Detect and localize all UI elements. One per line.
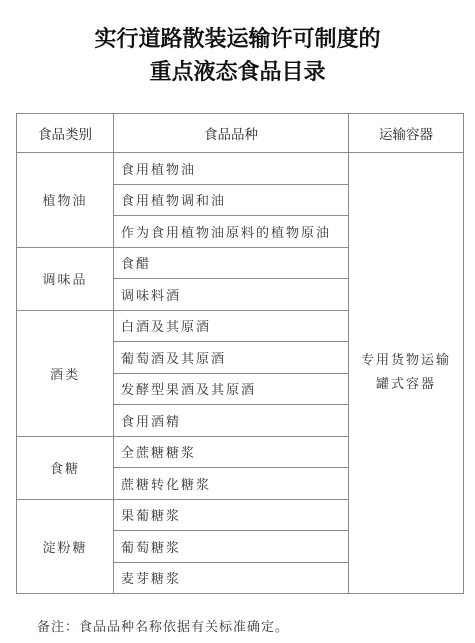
item-cell: 发酵型果酒及其原酒 [114,373,349,405]
item-cell: 葡萄糖浆 [114,531,349,563]
category-cell: 酒类 [17,310,114,436]
header-container: 运输容器 [349,114,464,153]
item-cell: 作为食用植物油原料的植物原油 [114,216,349,248]
category-cell: 淀粉糖 [17,499,114,594]
item-cell: 麦芽糖浆 [114,562,349,594]
container-cell: 专用货物运输 罐式容器 [349,153,464,594]
container-line-1: 专用货物运输 [349,349,463,373]
item-cell: 葡萄酒及其原酒 [114,342,349,374]
item-cell: 调味料酒 [114,279,349,311]
header-variety: 食品品种 [114,114,349,153]
category-cell: 植物油 [17,153,114,248]
item-cell: 食用植物调和油 [114,184,349,216]
document-title-line-1: 实行道路散装运输许可制度的 [0,22,475,53]
item-cell: 果葡糖浆 [114,499,349,531]
document-title-line-2: 重点液态食品目录 [0,55,475,86]
item-cell: 白酒及其原酒 [114,310,349,342]
item-cell: 全蔗糖糖浆 [114,436,349,468]
food-catalog-table: 食品类别 食品品种 运输容器 植物油 食用植物油 专用货物运输 罐式容器 食用植… [16,113,464,594]
container-line-2: 罐式容器 [349,373,463,397]
header-category: 食品类别 [17,114,114,153]
item-cell: 食用植物油 [114,153,349,185]
table-row: 植物油 食用植物油 专用货物运输 罐式容器 [17,153,464,185]
item-cell: 食醋 [114,247,349,279]
category-cell: 食糖 [17,436,114,499]
category-cell: 调味品 [17,247,114,310]
item-cell: 蔗糖转化糖浆 [114,468,349,500]
table-header-row: 食品类别 食品品种 运输容器 [17,114,464,153]
item-cell: 食用酒精 [114,405,349,437]
footnote: 备注：食品品种名称依据有关标准确定。 [37,616,289,635]
